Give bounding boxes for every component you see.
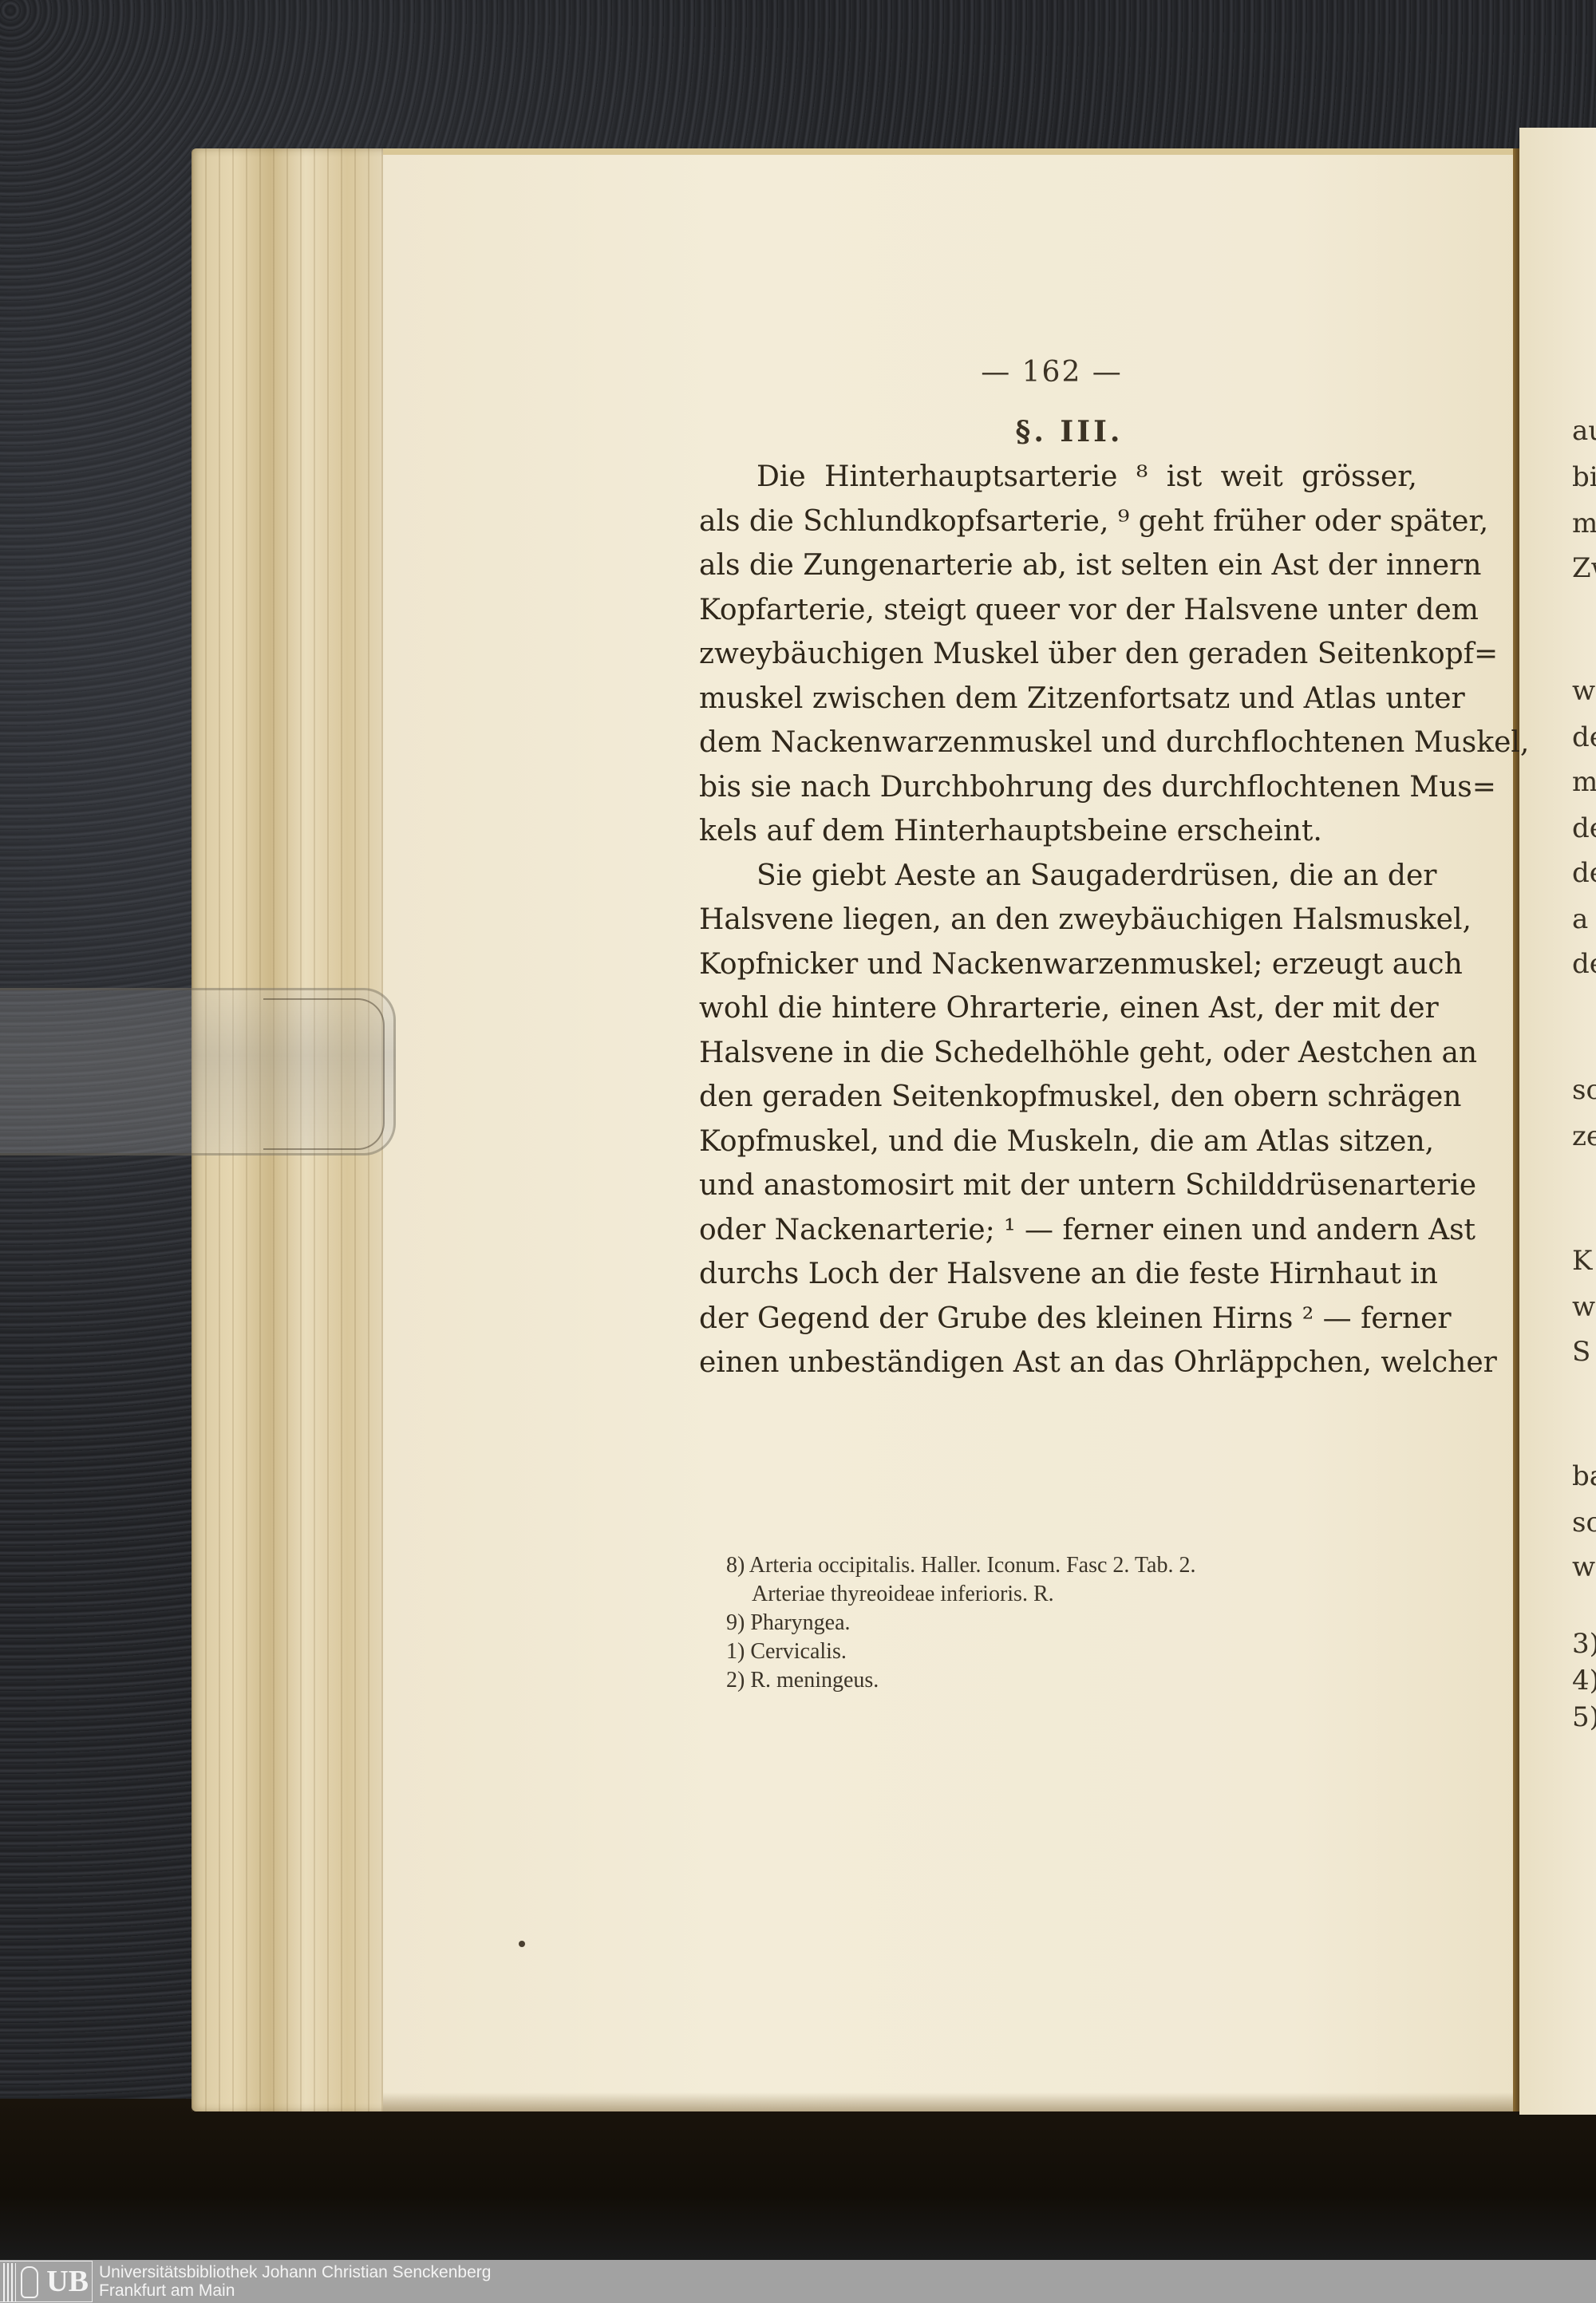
text-line: Sie giebt Aeste an Saugaderdrüsen, die a… xyxy=(699,854,1417,899)
text-line: wohl die hintere Ohrarterie, einen Ast, … xyxy=(699,986,1417,1031)
text-line: bis sie nach Durchbohrung des durchfloch… xyxy=(699,765,1417,810)
footnote-8: 8) Arteria occipitalis. Haller. Iconum. … xyxy=(726,1551,1428,1580)
transparent-page-holder-strip xyxy=(0,988,396,1155)
book-cover-bottom-edge xyxy=(0,2099,1596,2260)
body-text: Die Hinterhauptsarterie ⁸ ist weit gröss… xyxy=(699,455,1417,1385)
facing-page-partial: auch bisn mei Zwe wa der mu de de a de s… xyxy=(1519,128,1596,2115)
text-line: durchs Loch der Halsvene an die feste Hi… xyxy=(699,1252,1417,1297)
footnote-8-continued: Arteriae thyreoideae inferioris. R. xyxy=(726,1580,1428,1609)
facing-page-fragment: schi xyxy=(1572,1507,1596,1539)
facing-page-fragment: a xyxy=(1572,903,1588,935)
facing-page-fragment: wa xyxy=(1572,1551,1596,1583)
library-footer-bar: UB Universitätsbibliothek Johann Christi… xyxy=(0,2260,1596,2303)
footnotes: 8) Arteria occipitalis. Haller. Iconum. … xyxy=(726,1551,1428,1695)
facing-page-fragment: de xyxy=(1572,948,1596,980)
text-line: muskel zwischen dem Zitzenfortsatz und A… xyxy=(699,677,1417,721)
footnote-2: 2) R. meningeus. xyxy=(726,1666,1428,1695)
facing-page-fragment: S xyxy=(1572,1336,1590,1368)
text-line: zweybäuchigen Muskel über den geraden Se… xyxy=(699,632,1417,677)
facing-page-fragment: de xyxy=(1572,857,1596,889)
ink-spot xyxy=(519,1941,525,1947)
ub-logo: UB xyxy=(0,2261,93,2302)
text-line: der Gegend der Grube des kleinen Hirns ²… xyxy=(699,1297,1417,1341)
footnote-9: 9) Pharyngea. xyxy=(726,1609,1428,1637)
facing-page-fragment: 3) xyxy=(1572,1628,1596,1660)
facing-page-fragment: w xyxy=(1572,1291,1595,1323)
facing-page-fragment: Zwe xyxy=(1572,552,1596,584)
facing-page-fragment: K xyxy=(1572,1245,1592,1277)
facing-page-fragment: sche xyxy=(1572,1074,1596,1106)
logo-columns-icon xyxy=(3,2263,16,2301)
text-line: Die Hinterhauptsarterie ⁸ ist weit gröss… xyxy=(699,455,1417,500)
facing-page-fragment: der xyxy=(1572,721,1596,753)
footnote-1: 1) Cervicalis. xyxy=(726,1637,1428,1666)
facing-page-fragment: mei xyxy=(1572,508,1596,539)
facing-page-fragment: mu xyxy=(1572,766,1596,798)
text-line: als die Zungenarterie ab, ist selten ein… xyxy=(699,543,1417,588)
facing-page-fragment: 5) xyxy=(1572,1701,1596,1733)
logo-text: UB xyxy=(46,2264,92,2299)
facing-page-fragment: de xyxy=(1572,812,1596,844)
text-line: Halsvene liegen, an den zweybäuchigen Ha… xyxy=(699,898,1417,942)
text-line: Kopfarterie, steigt queer vor der Halsve… xyxy=(699,588,1417,633)
text-line: Halsvene in die Schedelhöhle geht, oder … xyxy=(699,1031,1417,1076)
facing-page-fragment: bisn xyxy=(1572,461,1596,493)
facing-page-fragment: ba xyxy=(1572,1460,1596,1492)
text-line: oder Nackenarterie; ¹ — ferner einen und… xyxy=(699,1208,1417,1253)
book-gutter xyxy=(1513,148,1519,2111)
facing-page-fragment: wa xyxy=(1572,675,1596,707)
text-line: Kopfnicker und Nackenwarzenmuskel; erzeu… xyxy=(699,942,1417,987)
text-line: dem Nackenwarzenmuskel und durchflochten… xyxy=(699,721,1417,765)
facing-page-fragment: zer xyxy=(1572,1120,1596,1152)
text-line: als die Schlundkopfsarterie, ⁹ geht früh… xyxy=(699,500,1417,544)
facing-page-fragment: 4) xyxy=(1572,1665,1596,1697)
institution-name: Universitätsbibliothek Johann Christian … xyxy=(99,2263,491,2300)
institution-city: Frankfurt am Main xyxy=(99,2281,491,2300)
text-line: Kopfmuskel, und die Muskeln, die am Atla… xyxy=(699,1120,1417,1164)
logo-portrait-icon xyxy=(21,2266,38,2298)
text-line: kels auf dem Hinterhauptsbeine erscheint… xyxy=(699,809,1417,854)
text-line: den geraden Seitenkopfmuskel, den obern … xyxy=(699,1075,1417,1120)
text-line: und anastomosirt mit der untern Schilddr… xyxy=(699,1163,1417,1208)
institution-line: Universitätsbibliothek Johann Christian … xyxy=(99,2263,491,2281)
facing-page-fragment: auch xyxy=(1572,415,1596,447)
section-heading: §. III. xyxy=(982,415,1157,448)
page-number: — 162 — xyxy=(964,356,1140,389)
text-line: einen unbeständigen Ast an das Ohrläppch… xyxy=(699,1341,1417,1385)
